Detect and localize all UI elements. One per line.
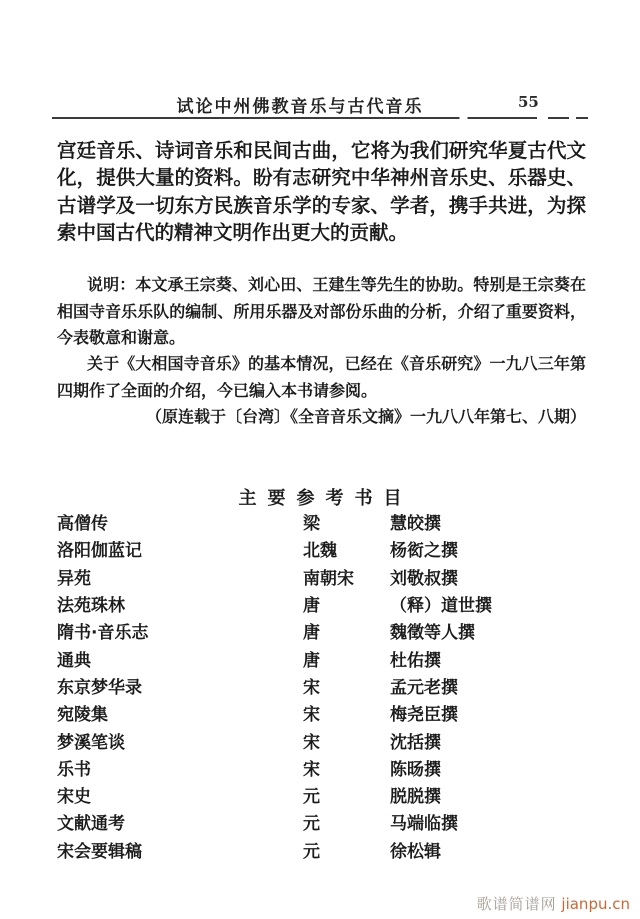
book-dynasty: 元 xyxy=(303,837,390,862)
bibliography-row: 隋书·音乐志 唐 魏徵等人撰 xyxy=(57,617,588,644)
book-author: 刘敬叔撰 xyxy=(390,564,588,589)
book-author: 梅尧臣撰 xyxy=(390,700,588,725)
book-title: 宛陵集 xyxy=(57,700,303,725)
book-dynasty: 唐 xyxy=(303,646,390,671)
watermark-site-url: jianpu.cn xyxy=(561,895,630,913)
book-dynasty: 元 xyxy=(303,782,390,807)
book-dynasty: 南朝宋 xyxy=(303,564,390,589)
book-author: 脱脱撰 xyxy=(390,782,588,807)
bibliography-row: 宋会要辑稿 元 徐松辑 xyxy=(57,836,588,863)
page-title: 试论中州佛教音乐与古代音乐 xyxy=(0,92,600,117)
bibliography-row: 宋史 元 脱脱撰 xyxy=(57,781,588,808)
book-dynasty: 元 xyxy=(303,809,390,834)
bibliography-row: 高僧传 梁 慧皎撰 xyxy=(57,508,588,535)
bibliography-row: 法苑珠林 唐 （释）道世撰 xyxy=(57,590,588,617)
bibliography-row: 文献通考 元 马端临撰 xyxy=(57,808,588,835)
book-dynasty: 北魏 xyxy=(303,536,390,561)
reference-note-paragraph: 关于《大相国寺音乐》的基本情况，已经在《音乐研究》一九八三年第四期作了全面的介绍… xyxy=(57,351,586,404)
bibliography-row: 梦溪笔谈 宋 沈括撰 xyxy=(57,726,588,753)
book-title: 梦溪笔谈 xyxy=(57,728,303,753)
book-author: 慧皎撰 xyxy=(390,509,588,534)
book-dynasty: 宋 xyxy=(303,673,390,698)
book-author: 杨衒之撰 xyxy=(390,536,588,561)
bibliography-list: 高僧传 梁 慧皎撰 洛阳伽蓝记 北魏 杨衒之撰 异苑 南朝宋 刘敬叔撰 法苑珠林… xyxy=(57,508,588,863)
book-dynasty: 宋 xyxy=(303,728,390,753)
book-title: 通典 xyxy=(57,646,303,671)
book-title: 宋史 xyxy=(57,782,303,807)
book-title: 隋书·音乐志 xyxy=(57,618,303,643)
bibliography-row: 宛陵集 宋 梅尧臣撰 xyxy=(57,699,588,726)
book-author: 杜佑撰 xyxy=(390,646,588,671)
bibliography-row: 东京梦华录 宋 孟元老撰 xyxy=(57,672,588,699)
book-author: 魏徵等人撰 xyxy=(390,618,588,643)
book-author: 马端临撰 xyxy=(390,809,588,834)
bibliography-heading: 主要参考书目 xyxy=(0,484,640,510)
source-attribution: （原连载于〔台湾〕《全音音乐文摘》一九八八年第七、八期） xyxy=(57,404,586,427)
bibliography-row: 洛阳伽蓝记 北魏 杨衒之撰 xyxy=(57,535,588,562)
book-dynasty: 梁 xyxy=(303,509,390,534)
note-paragraph: 说明：本文承王宗葵、刘心田、王建生等先生的协助。特别是王宗葵在相国寺音乐乐队的编… xyxy=(57,272,586,352)
main-paragraph: 宫廷音乐、诗词音乐和民间古曲，它将为我们研究华夏古代文化，提供大量的资料。盼有志… xyxy=(57,137,586,247)
book-title: 东京梦华录 xyxy=(57,673,303,698)
watermark: 歌谱简谱网 jianpu.cn xyxy=(477,893,630,914)
page-number: 55 xyxy=(518,93,539,111)
book-title: 洛阳伽蓝记 xyxy=(57,536,303,561)
book-title: 异苑 xyxy=(57,564,303,589)
bibliography-row: 通典 唐 杜佑撰 xyxy=(57,644,588,671)
book-author: 沈括撰 xyxy=(390,728,588,753)
book-title: 乐书 xyxy=(57,755,303,780)
bibliography-row: 异苑 南朝宋 刘敬叔撰 xyxy=(57,563,588,590)
book-dynasty: 唐 xyxy=(303,591,390,616)
book-title: 法苑珠林 xyxy=(57,591,303,616)
book-title: 文献通考 xyxy=(57,809,303,834)
book-author: 徐松辑 xyxy=(390,837,588,862)
book-author: 陈旸撰 xyxy=(390,755,588,780)
bibliography-row: 乐书 宋 陈旸撰 xyxy=(57,754,588,781)
book-author: （释）道世撰 xyxy=(390,591,588,616)
book-author: 孟元老撰 xyxy=(390,673,588,698)
book-title: 高僧传 xyxy=(57,509,303,534)
watermark-site-name: 歌谱简谱网 xyxy=(477,895,557,913)
scanned-page: 试论中州佛教音乐与古代音乐 55 宫廷音乐、诗词音乐和民间古曲，它将为我们研究华… xyxy=(0,0,640,919)
book-dynasty: 唐 xyxy=(303,618,390,643)
header-rule-divider xyxy=(52,117,588,119)
book-dynasty: 宋 xyxy=(303,755,390,780)
book-title: 宋会要辑稿 xyxy=(57,837,303,862)
book-dynasty: 宋 xyxy=(303,700,390,725)
